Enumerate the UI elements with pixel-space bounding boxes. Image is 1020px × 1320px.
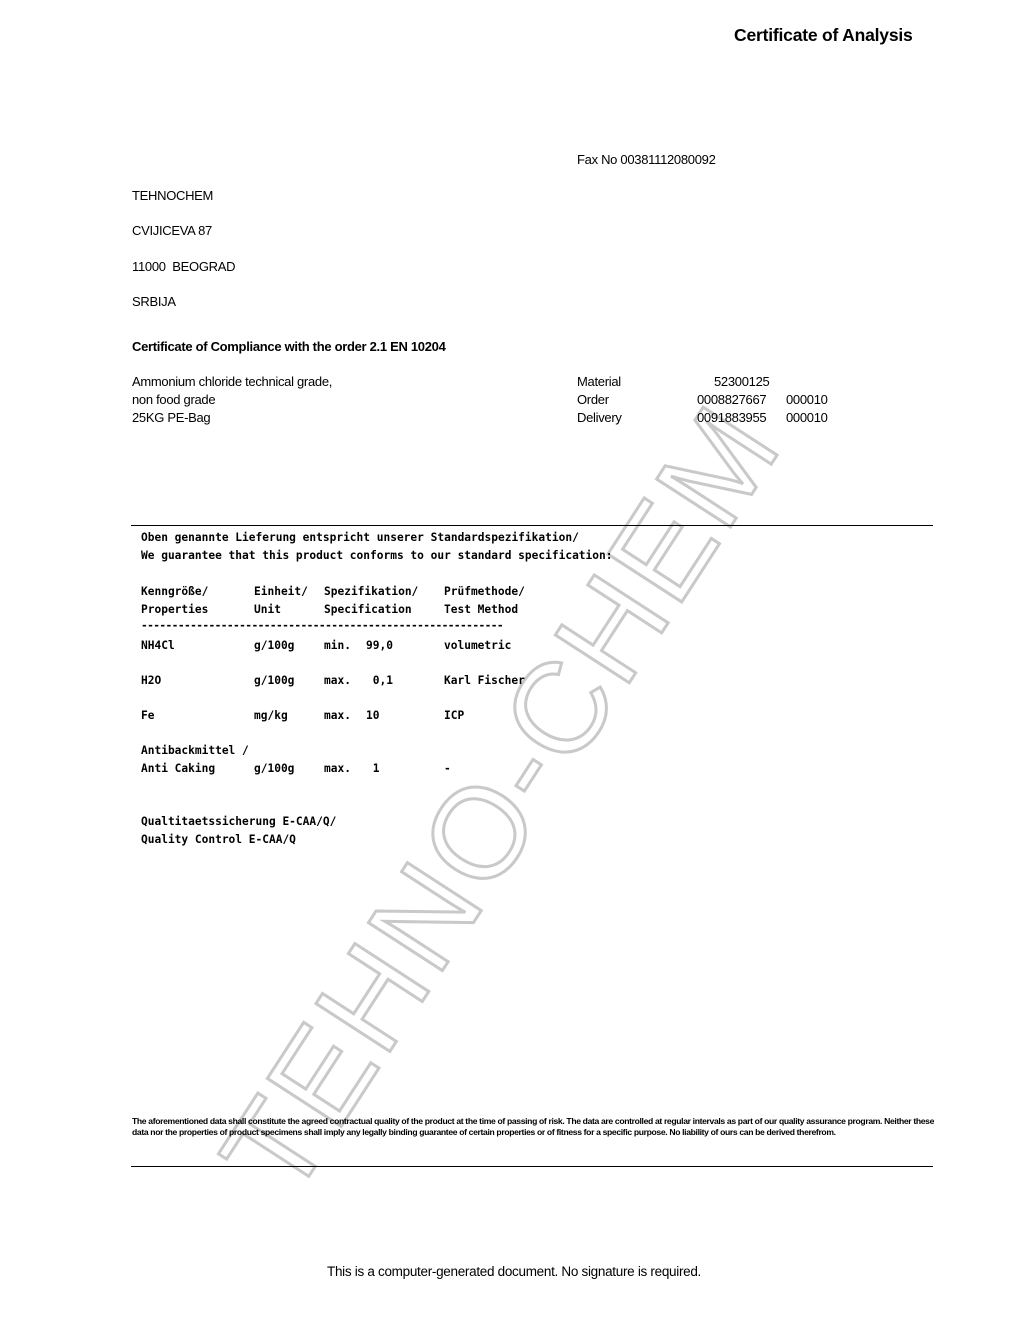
row-method: volumetric xyxy=(444,639,511,652)
row-method: Karl Fischer xyxy=(444,674,525,687)
product-line: Ammonium chloride technical grade, xyxy=(132,374,332,389)
product-line: 25KG PE-Bag xyxy=(132,410,210,425)
row-limit: max. xyxy=(324,762,351,775)
row-value: 99,0 xyxy=(366,639,393,652)
statement-en: We guarantee that this product conforms … xyxy=(141,549,612,562)
quality-control-de: Qualtitaetssicherung E-CAA/Q/ xyxy=(141,815,336,828)
row-property: Anti Caking xyxy=(141,762,215,775)
row-property: NH4Cl xyxy=(141,639,175,652)
row-unit: mg/kg xyxy=(254,709,288,722)
quality-control-en: Quality Control E-CAA/Q xyxy=(141,833,296,846)
header-method-en: Test Method xyxy=(444,603,518,616)
header-unit-en: Unit xyxy=(254,603,281,616)
compliance-heading: Certificate of Compliance with the order… xyxy=(132,339,446,354)
material-label: Material xyxy=(577,374,621,389)
legal-disclaimer: The aforementioned data shall constitute… xyxy=(132,1116,938,1137)
header-spec-en: Specification xyxy=(324,603,412,616)
watermark: TEHNO-CHEM xyxy=(193,379,811,1220)
document-title: Certificate of Analysis xyxy=(734,25,913,46)
header-properties-de: Kenngröße/ xyxy=(141,585,208,598)
row-value: 0,1 xyxy=(366,674,393,687)
header-properties-en: Properties xyxy=(141,603,208,616)
recipient-country: SRBIJA xyxy=(132,294,176,309)
delivery-label: Delivery xyxy=(577,410,622,425)
order-value: 0008827667 xyxy=(697,392,766,407)
row-unit: g/100g xyxy=(254,639,294,652)
header-method-de: Prüfmethode/ xyxy=(444,585,525,598)
footer-note: This is a computer-generated document. N… xyxy=(327,1264,701,1279)
row-unit: g/100g xyxy=(254,762,294,775)
table-separator: ----------------------------------------… xyxy=(141,619,503,632)
delivery-position: 000010 xyxy=(786,410,828,425)
order-label: Order xyxy=(577,392,609,407)
row-unit: g/100g xyxy=(254,674,294,687)
delivery-value: 0091883955 xyxy=(697,410,766,425)
recipient-city: 11000 BEOGRAD xyxy=(132,259,235,274)
row-limit: min. xyxy=(324,639,351,652)
header-spec-de: Spezifikation/ xyxy=(324,585,418,598)
row-method: ICP xyxy=(444,709,464,722)
statement-de: Oben genannte Lieferung entspricht unser… xyxy=(141,531,579,544)
material-value: 52300125 xyxy=(714,374,769,389)
row-property-prefix: Antibackmittel / xyxy=(141,744,249,757)
product-line: non food grade xyxy=(132,392,215,407)
footer-divider xyxy=(131,1166,933,1167)
row-value: 1 xyxy=(366,762,379,775)
fax-number: Fax No 00381112080092 xyxy=(577,152,716,167)
header-unit-de: Einheit/ xyxy=(254,585,308,598)
row-property: Fe xyxy=(141,709,154,722)
row-method: - xyxy=(444,762,451,775)
order-position: 000010 xyxy=(786,392,828,407)
section-divider xyxy=(131,525,933,526)
recipient-street: CVIJICEVA 87 xyxy=(132,223,212,238)
recipient-name: TEHNOCHEM xyxy=(132,188,213,203)
row-limit: max. xyxy=(324,709,351,722)
row-property: H2O xyxy=(141,674,161,687)
row-limit: max. xyxy=(324,674,351,687)
row-value: 10 xyxy=(366,709,379,722)
